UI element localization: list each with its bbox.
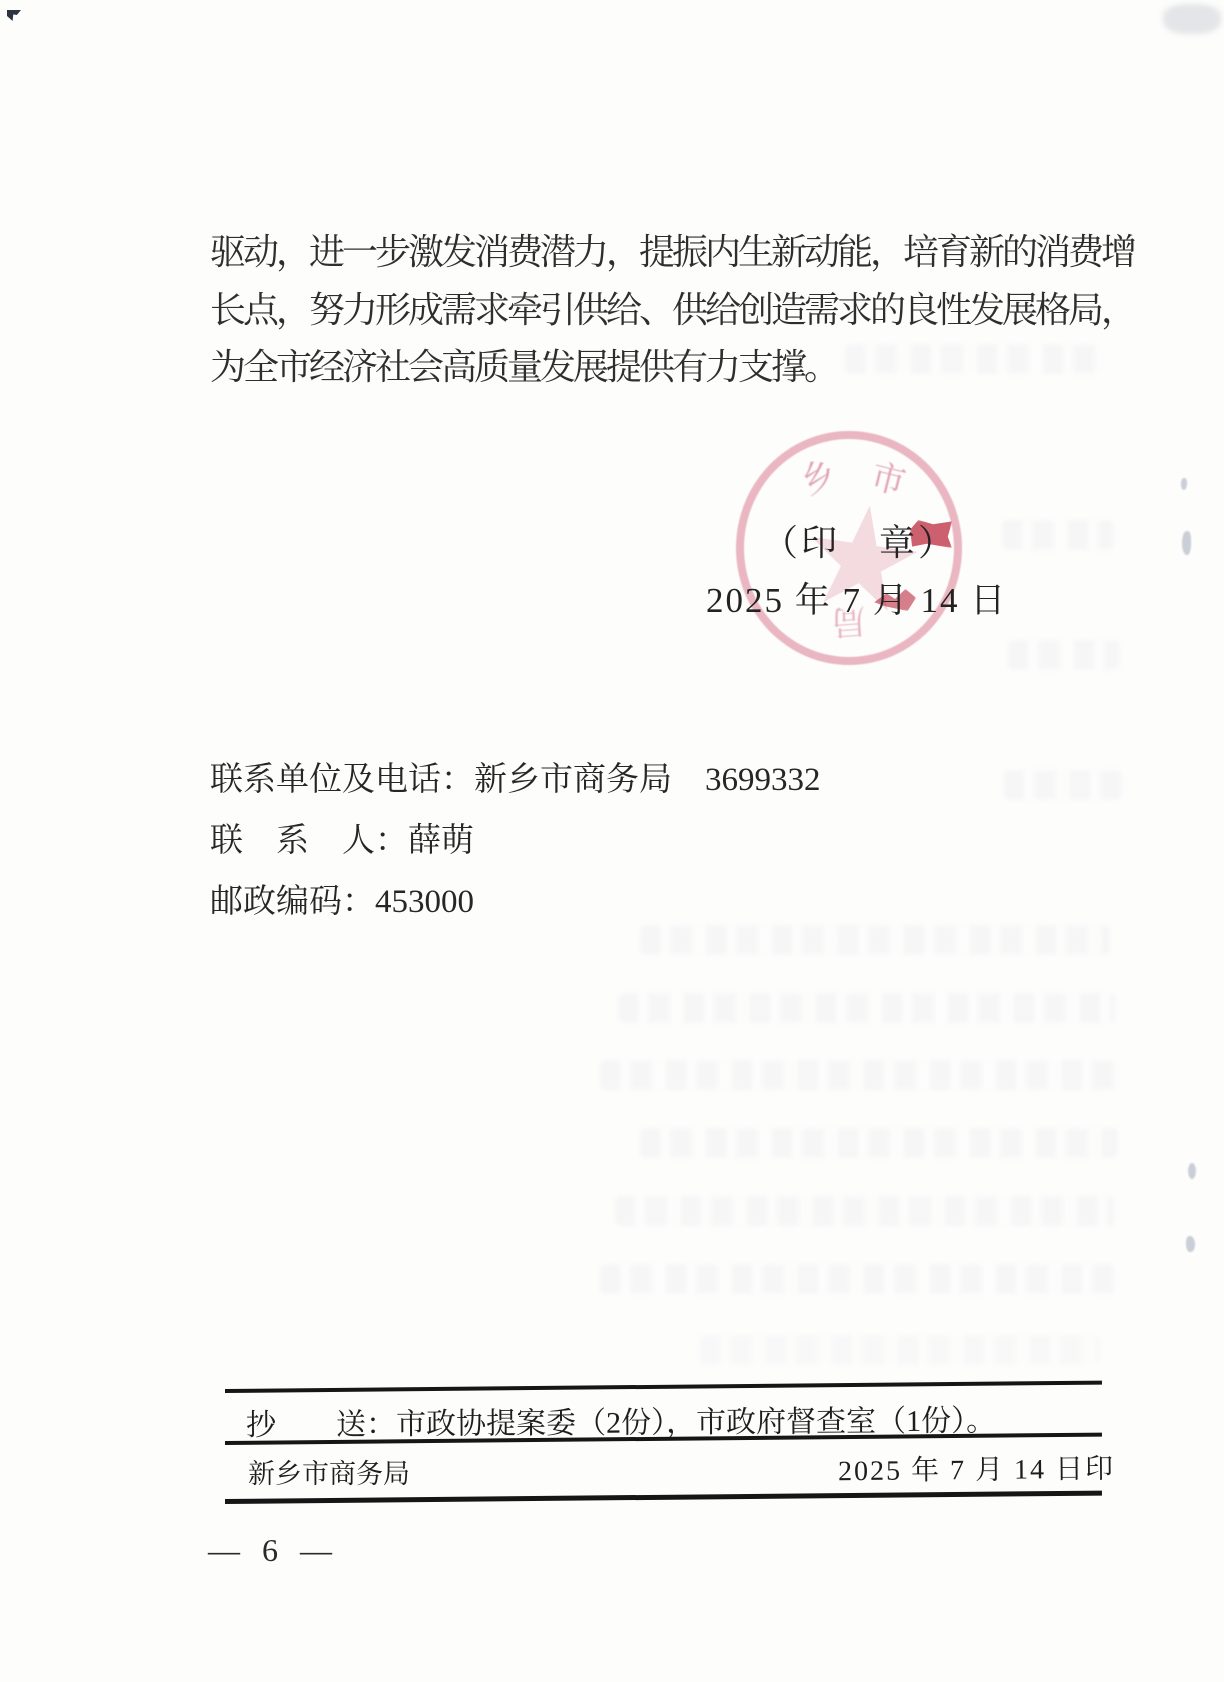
issuing-agency: 新乡市商务局 — [248, 1452, 410, 1491]
body-paragraph: 驱动，进一步激发消费潜力，提振内生新动能，培育新的消费增 长点，努力形成需求牵引… — [210, 224, 1134, 397]
body-line: 驱动，进一步激发消费潜力，提振内生新动能，培育新的消费增 — [210, 224, 1134, 282]
issue-date: 2025 年 7 月 14 日 — [706, 573, 1007, 623]
body-line: 为全市经济社会高质量发展提供有力支撑。 — [210, 339, 1134, 397]
footer-separator-top — [225, 1381, 1102, 1393]
contact-unit-phone: 联系单位及电话：新乡市商务局 3699332 — [210, 750, 821, 811]
bleedthrough-ghost-row — [600, 1060, 1116, 1090]
bleedthrough-ghost-row — [618, 993, 1116, 1023]
contact-block: 联系单位及电话：新乡市商务局 3699332 联 系 人：薛萌 邮政编码：453… — [210, 750, 821, 933]
bleedthrough-ghost-row — [1002, 520, 1114, 550]
page-number: — 6 — — [208, 1532, 339, 1569]
document-page: 驱动，进一步激发消费潜力，提振内生新动能，培育新的消费增 长点，努力形成需求牵引… — [0, 0, 1224, 1682]
seal-caption: （印 章） — [762, 515, 957, 566]
bleedthrough-ghost-row — [1004, 770, 1122, 800]
body-line: 长点，努力形成需求牵引供给、供给创造需求的良性发展格局， — [210, 282, 1134, 340]
bleedthrough-ghost-row — [600, 1264, 1116, 1294]
contact-person: 联 系 人：薛萌 — [210, 811, 821, 872]
bleedthrough-ghost-row — [615, 1196, 1115, 1226]
contact-postcode: 邮政编码：453000 — [210, 872, 821, 933]
scan-edge-mark — [1181, 478, 1187, 490]
bleedthrough-ghost-row — [1008, 640, 1120, 670]
scan-edge-mark — [1182, 531, 1191, 555]
print-date: 2025 年 7 月 14 日印 — [838, 1447, 1115, 1489]
scan-corner-artifact — [7, 10, 21, 21]
bleedthrough-ghost-row — [700, 1335, 1100, 1365]
footer-separator-bottom — [225, 1491, 1102, 1504]
scan-edge-mark — [1188, 1163, 1196, 1179]
scan-smudge — [1163, 4, 1221, 34]
bleedthrough-ghost-row — [640, 1128, 1118, 1158]
scan-edge-mark — [1186, 1236, 1195, 1252]
